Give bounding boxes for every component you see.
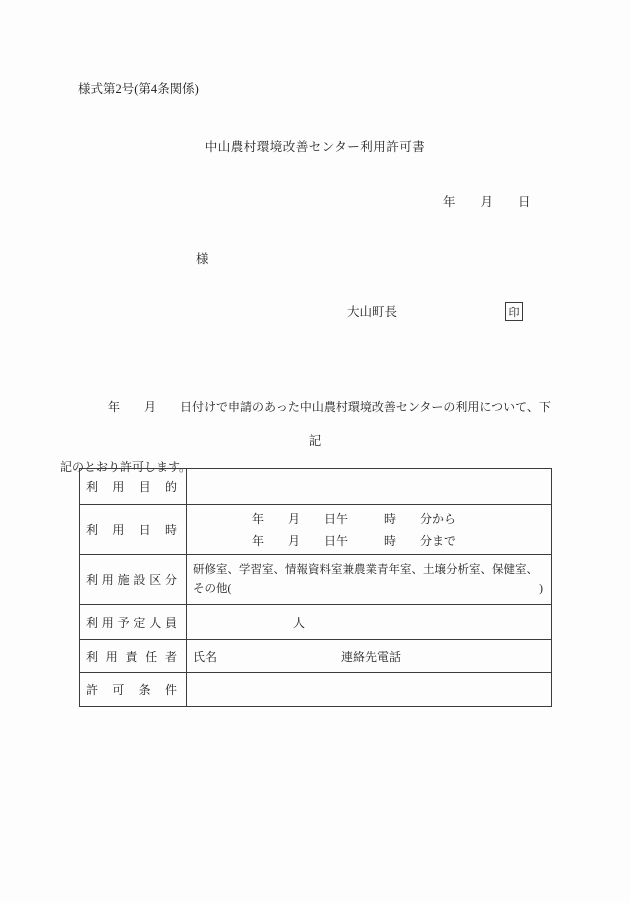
people-unit: 人 [293,614,305,631]
facility-other-line: その他( ) [193,580,543,599]
issue-date-line: 年 月 日 [443,192,531,210]
facility-list-line: 研修室、学習室、情報資料室兼農業青年室、土壌分析室、保健室、 [193,561,543,580]
row-people-label-cell: 利用予定人員 [80,604,187,639]
row-conditions-label: 許可条件 [86,681,177,698]
row-facility-label-cell: 利用施設区分 [80,554,187,604]
datetime-to-line: 年 月 日午 時 分まで [252,530,456,552]
seal-character: 印 [509,304,520,320]
row-person-label-cell: 利用責任者 [80,639,187,672]
datetime-from-line: 年 月 日午 時 分から [252,508,456,530]
row-purpose-label: 利用目的 [86,478,177,495]
permit-form-table: 利用目的 利用日時 年 月 日午 時 分から 年 月 日午 時 分まで 利用施設… [79,468,552,707]
note-heading: 記 [0,431,630,449]
row-facility-label: 利用施設区分 [86,571,177,588]
facility-other-open: その他( [193,580,231,599]
addressee-suffix: 様 [196,249,209,267]
form-number: 様式第2号(第4条関係) [78,79,199,97]
body-line-1: 年 月 日付けで申請のあった中山農村環境改善センターの利用について、下 [60,397,560,417]
permit-document-page: 様式第2号(第4条関係) 中山農村環境改善センター利用許可書 年 月 日 様 大… [0,0,630,903]
person-phone-label: 連絡先電話 [341,648,401,665]
row-purpose-value-cell [187,469,551,504]
row-conditions-value-cell [187,672,551,706]
issuer-name: 大山町長 [347,302,397,320]
row-person-value-cell: 氏名 連絡先電話 [187,639,551,672]
row-datetime-label-cell: 利用日時 [80,504,187,554]
row-datetime-value-cell: 年 月 日午 時 分から 年 月 日午 時 分まで [187,504,551,554]
document-title: 中山農村環境改善センター利用許可書 [0,137,630,155]
row-datetime-label: 利用日時 [86,521,177,538]
row-purpose-label-cell: 利用目的 [80,469,187,504]
row-conditions-label-cell: 許可条件 [80,672,187,706]
facility-other-close: ) [539,580,543,599]
row-people-label: 利用予定人員 [86,614,177,631]
person-name-label: 氏名 [193,648,217,665]
seal-box: 印 [505,302,523,321]
row-person-label: 利用責任者 [86,648,177,665]
row-facility-value-cell: 研修室、学習室、情報資料室兼農業青年室、土壌分析室、保健室、 その他( ) [187,554,551,604]
row-people-value-cell: 人 [187,604,551,639]
